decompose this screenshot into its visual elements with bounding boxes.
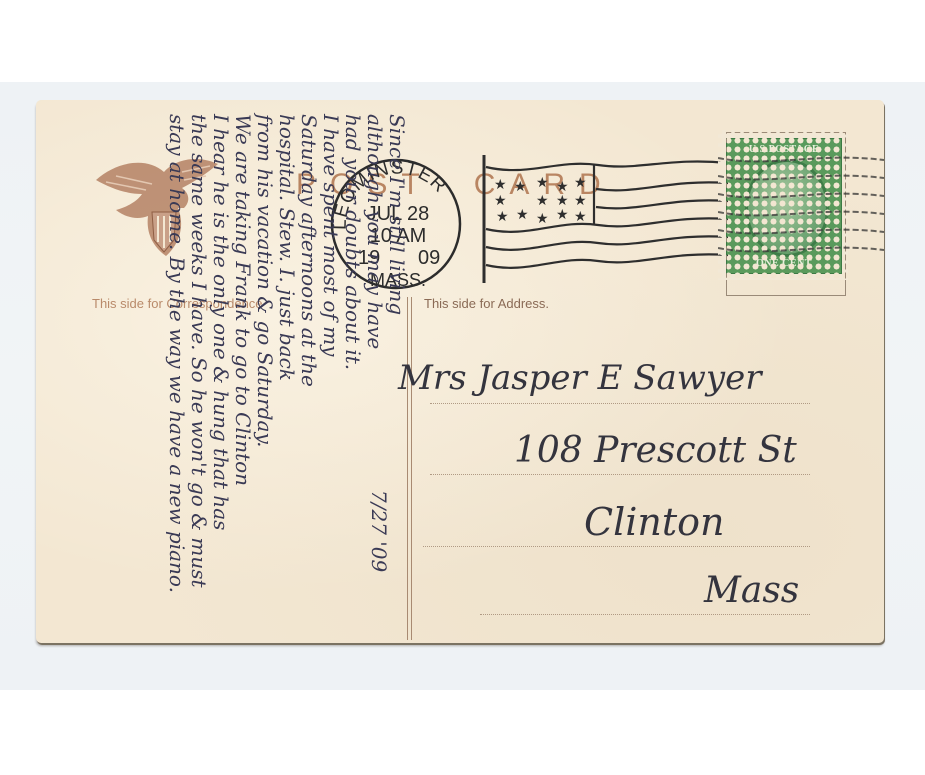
address-street: 108 Prescott St [514,430,797,471]
svg-text:★: ★ [536,175,549,191]
svg-text:★: ★ [494,177,507,193]
cancellation-bars-icon [718,138,884,288]
svg-text:★: ★ [516,207,529,223]
address-line-2 [430,474,810,475]
message-line: We are taking Frank to go to Clinton [232,114,254,643]
svg-text:★: ★ [574,209,587,225]
flag-cancel-icon: ★★★★★ ★★★★ ★★★★★ [478,155,728,285]
svg-text:★: ★ [556,207,569,223]
postcard: POSTCARD ★★★★★ ★★★★ ★★★★★ LEOMINSTER JU [36,100,884,643]
svg-text:★: ★ [574,193,587,209]
message-line: hospital. Stew. I. just back [276,114,298,643]
svg-text:★: ★ [496,209,509,225]
address-city: Clinton [584,500,724,544]
address-line-4 [480,614,810,615]
message-line: from his vacation & go Saturday. [254,114,276,643]
svg-text:★: ★ [536,193,549,209]
address-label: This side for Address. [424,296,549,311]
svg-text:★: ★ [514,179,527,195]
message-date: 7/27 '09 [367,490,391,572]
message-line: stay at home. By the way we have a new p… [166,114,188,643]
svg-text:09: 09 [418,247,440,269]
message-line: the same weeks I have. So he won't go & … [188,114,210,643]
message-line: I hear he is the only one & hung that ha… [210,114,232,643]
svg-text:★: ★ [536,211,549,227]
address-recipient: Mrs Jasper E Sawyer [398,358,762,398]
svg-text:★: ★ [574,175,587,191]
message-line: Saturday afternoons at the [298,114,320,643]
address-line-3 [423,546,810,547]
address-line-1 [430,403,810,404]
message-line: had your doubts about it. [342,114,364,643]
address-state: Mass [704,570,799,611]
svg-text:★: ★ [494,193,507,209]
message-line: I have spent most of my [320,114,342,643]
